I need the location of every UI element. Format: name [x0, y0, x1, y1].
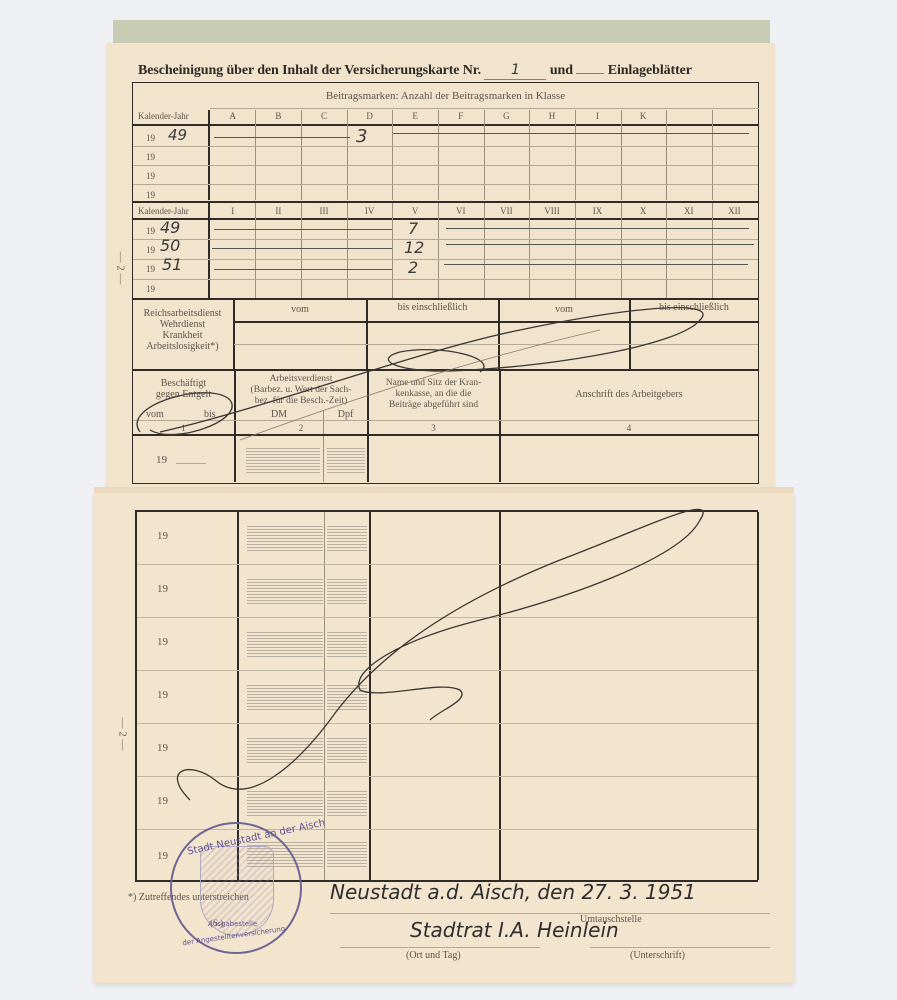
cancellation-stroke-icon: [0, 0, 897, 1000]
